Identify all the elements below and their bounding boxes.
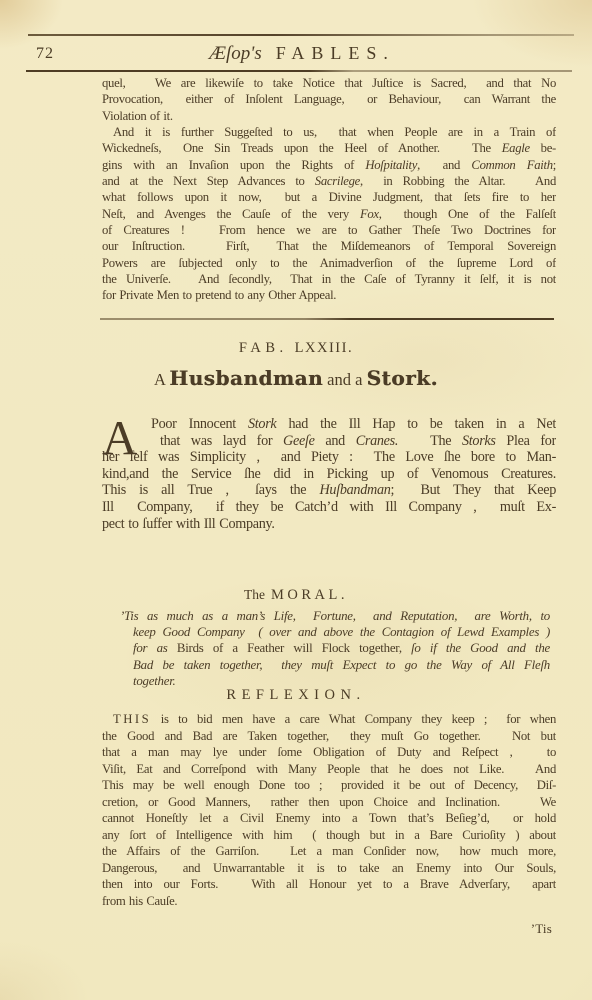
fable-roman-numeral: LXXIII. xyxy=(295,340,353,356)
text-segment: of Creatures ! From hence we are to Gath… xyxy=(102,223,556,237)
text-segment: , though One of the Falſeſt xyxy=(379,207,556,221)
text-line: cretion, or Good Manners, rather then up… xyxy=(102,794,556,811)
text-line: THIS is to bid men have a care What Comp… xyxy=(102,711,556,728)
text-segment: gins with an Invaſion upon the Rights of xyxy=(102,158,365,172)
text-segment: , in Robbing the Altar. And xyxy=(360,174,556,188)
text-line: And it is further Suggeſted to us, that … xyxy=(102,124,556,140)
text-segment: THIS xyxy=(113,712,151,726)
text-segment: that was layd for xyxy=(160,433,283,449)
text-segment: Huſbandman xyxy=(319,482,390,498)
text-segment: Poor Innocent xyxy=(151,416,248,432)
text-segment: Powers are ſubjected only to the Animadv… xyxy=(102,256,556,270)
text-line: keep Good Company ( over and above the C… xyxy=(120,624,550,640)
text-line: that a man may lye under ſome Obligation… xyxy=(102,744,556,761)
text-line: her ſelf was Simplicity , and Piety : Th… xyxy=(102,449,556,466)
text-segment: ’Tis as much as a man’s Life, Fortune, a… xyxy=(120,609,550,623)
fable-body: APoor Innocent Stork had the Ill Hap to … xyxy=(102,416,556,532)
text-line: the Univerſe. And ſecondly, That in the … xyxy=(102,271,556,287)
text-segment: The xyxy=(398,433,462,449)
text-segment: Fox xyxy=(360,207,379,221)
text-segment: together. xyxy=(133,674,176,688)
text-segment: any ſort of Intelligence with him ( thou… xyxy=(102,828,556,842)
text-line: our Inſtruction. Firſt, That the Miſdeme… xyxy=(102,238,556,254)
header-rule-bottom xyxy=(26,70,572,72)
reflexion-heading: REFLEXION. xyxy=(0,687,592,704)
text-segment: Common Faith xyxy=(471,158,552,172)
text-line: quel, We are likewiſe to take Notice tha… xyxy=(102,75,556,91)
text-line: pect to ſuffer with Ill Company. xyxy=(102,516,556,533)
moral-heading-caps: MORAL. xyxy=(271,587,348,603)
fable-number-heading: FAB.LXXIII. xyxy=(0,340,592,357)
text-segment: kind,and the Service ſhe did in Picking … xyxy=(102,466,556,482)
continuation-paragraph-1: quel, We are likewiſe to take Notice tha… xyxy=(102,75,556,124)
text-segment: This is all True , ſays the xyxy=(102,482,319,498)
text-segment: from his Cauſe. xyxy=(102,894,177,908)
text-segment: A xyxy=(154,370,169,389)
text-line: cannot Honeſtly let a Civil Enemy into a… xyxy=(102,810,556,827)
text-segment: Ill Company, if they be Catch’d with Ill… xyxy=(102,499,556,515)
text-segment: And it is further Suggeſted to us, that … xyxy=(113,125,556,139)
section-divider-rule xyxy=(100,318,554,320)
text-segment: cannot Honeſtly let a Civil Enemy into a… xyxy=(102,811,556,825)
text-line: any ſort of Intelligence with him ( thou… xyxy=(102,827,556,844)
moral-text: ’Tis as much as a man’s Life, Fortune, a… xyxy=(120,608,550,689)
text-segment: that a man may lye under ſome Obligation… xyxy=(102,745,556,759)
text-segment: Stork. xyxy=(367,366,438,390)
running-title-caps: FABLES. xyxy=(276,43,395,63)
text-segment: Birds of a Feather will Flock together, xyxy=(177,641,402,655)
text-segment: ; xyxy=(553,158,556,172)
fable-title: A Husbandman and a Stork. xyxy=(0,366,592,390)
text-line: for Private Men to pretend to any Other … xyxy=(102,287,556,303)
text-segment: Cranes. xyxy=(356,433,398,449)
text-line: then into our Forts. With all Honour yet… xyxy=(102,876,556,893)
text-line: Dangerous, and Unwarrantable it is to ta… xyxy=(102,860,556,877)
text-segment: Plea for xyxy=(496,433,556,449)
text-line: Ill Company, if they be Catch’d with Ill… xyxy=(102,499,556,516)
text-line: Violation of it. xyxy=(102,108,556,124)
text-line: for as Birds of a Feather will Flock tog… xyxy=(120,640,550,656)
text-line: of Creatures ! From hence we are to Gath… xyxy=(102,222,556,238)
text-segment: the Affairs of the Garriſon. Let a man C… xyxy=(102,844,556,858)
text-segment: Geeſe xyxy=(283,433,315,449)
running-title-italic: Æſop's xyxy=(209,43,262,64)
text-line: Neſt, and Avenges the Cauſe of the very … xyxy=(102,206,556,222)
text-line: Bad be taken together, they muſt Expect … xyxy=(120,657,550,673)
moral-heading-prefix: The xyxy=(244,587,265,602)
text-segment: Stork xyxy=(248,416,276,432)
text-segment: ſo if the Good and the xyxy=(402,641,550,655)
text-line: Viſit, Eat and Correſpond with Many Peop… xyxy=(102,761,556,778)
text-line: kind,and the Service ſhe did in Picking … xyxy=(102,466,556,483)
drop-cap-letter: A xyxy=(102,417,137,459)
text-segment: for Private Men to pretend to any Other … xyxy=(102,288,336,302)
text-segment: Bad be taken together, they muſt Expect … xyxy=(133,658,550,672)
text-segment: her ſelf was Simplicity , and Piety : Th… xyxy=(102,449,556,465)
text-segment: Viſit, Eat and Correſpond with Many Peop… xyxy=(102,762,556,776)
text-line: Wickedneſs, One Sin Treads upon the Heel… xyxy=(102,140,556,156)
text-segment: pect to ſuffer with Ill Company. xyxy=(102,516,275,532)
text-segment: then into our Forts. With all Honour yet… xyxy=(102,877,556,891)
reflexion-text: THIS is to bid men have a care What Comp… xyxy=(102,711,556,910)
text-segment: This may be well enough Done too ; provi… xyxy=(102,778,556,792)
text-line: Provocation, either of Inſolent Language… xyxy=(102,91,556,107)
text-line: Powers are ſubjected only to the Animadv… xyxy=(102,255,556,271)
text-line: Poor Innocent Stork had the Ill Hap to b… xyxy=(102,416,556,433)
running-title: Æſop'sFABLES. xyxy=(0,43,592,65)
text-line: This may be well enough Done too ; provi… xyxy=(102,777,556,794)
text-segment: be- xyxy=(530,141,556,155)
text-segment: Storks xyxy=(462,433,496,449)
text-line: what follows upon it now, but a Divine J… xyxy=(102,189,556,205)
text-line: ’Tis as much as a man’s Life, Fortune, a… xyxy=(120,608,550,624)
text-segment: Provocation, either of Inſolent Language… xyxy=(102,92,556,106)
text-segment: and xyxy=(315,433,356,449)
text-segment: Dangerous, and Unwarrantable it is to ta… xyxy=(102,861,556,875)
text-segment: Eagle xyxy=(502,141,530,155)
moral-heading: TheMORAL. xyxy=(0,587,592,604)
text-segment: and at the Next Step Advances to xyxy=(102,174,315,188)
text-line: gins with an Invaſion upon the Rights of… xyxy=(102,157,556,173)
text-segment: had the Ill Hap to be taken in a Net xyxy=(276,416,556,432)
text-segment: Wickedneſs, One Sin Treads upon the Heel… xyxy=(102,141,502,155)
text-line: and at the Next Step Advances to Sacrile… xyxy=(102,173,556,189)
text-line: from his Cauſe. xyxy=(102,893,556,910)
text-segment: is to bid men have a care What Company t… xyxy=(151,712,556,726)
text-segment: our Inſtruction. Firſt, That the Miſdeme… xyxy=(102,239,556,253)
text-segment: cretion, or Good Manners, rather then up… xyxy=(102,795,556,809)
text-segment: Violation of it. xyxy=(102,109,173,123)
text-line: the Affairs of the Garriſon. Let a man C… xyxy=(102,843,556,860)
catchword: ’Tis xyxy=(102,921,552,937)
text-segment: quel, We are likewiſe to take Notice tha… xyxy=(102,76,556,90)
text-segment: what follows upon it now, but a Divine J… xyxy=(102,190,556,204)
text-line: that was layd for Geeſe and Cranes. The … xyxy=(102,433,556,450)
text-segment: the Good and Bad are Taken together, the… xyxy=(102,729,556,743)
text-segment: keep Good Company ( over and above the C… xyxy=(133,625,550,639)
continuation-paragraph-2: And it is further Suggeſted to us, that … xyxy=(102,124,556,304)
text-segment: Husbandman xyxy=(169,366,323,390)
text-segment: Sacrilege xyxy=(315,174,360,188)
text-line: the Good and Bad are Taken together, the… xyxy=(102,728,556,745)
fable-label: FAB. xyxy=(239,340,288,356)
text-segment: Neſt, and Avenges the Cauſe of the very xyxy=(102,207,360,221)
text-segment: the Univerſe. And ſecondly, That in the … xyxy=(102,272,556,286)
text-segment: , and xyxy=(417,158,471,172)
text-segment: ; But They that Keep xyxy=(391,482,556,498)
header-rule-top xyxy=(28,34,574,36)
text-segment: for as xyxy=(133,641,177,655)
book-page-scan: { "header": { "page_number": "72", "titl… xyxy=(0,0,592,1000)
text-segment: Hoſpitality xyxy=(365,158,417,172)
text-segment: and a xyxy=(323,370,367,389)
text-line: This is all True , ſays the Huſbandman; … xyxy=(102,482,556,499)
